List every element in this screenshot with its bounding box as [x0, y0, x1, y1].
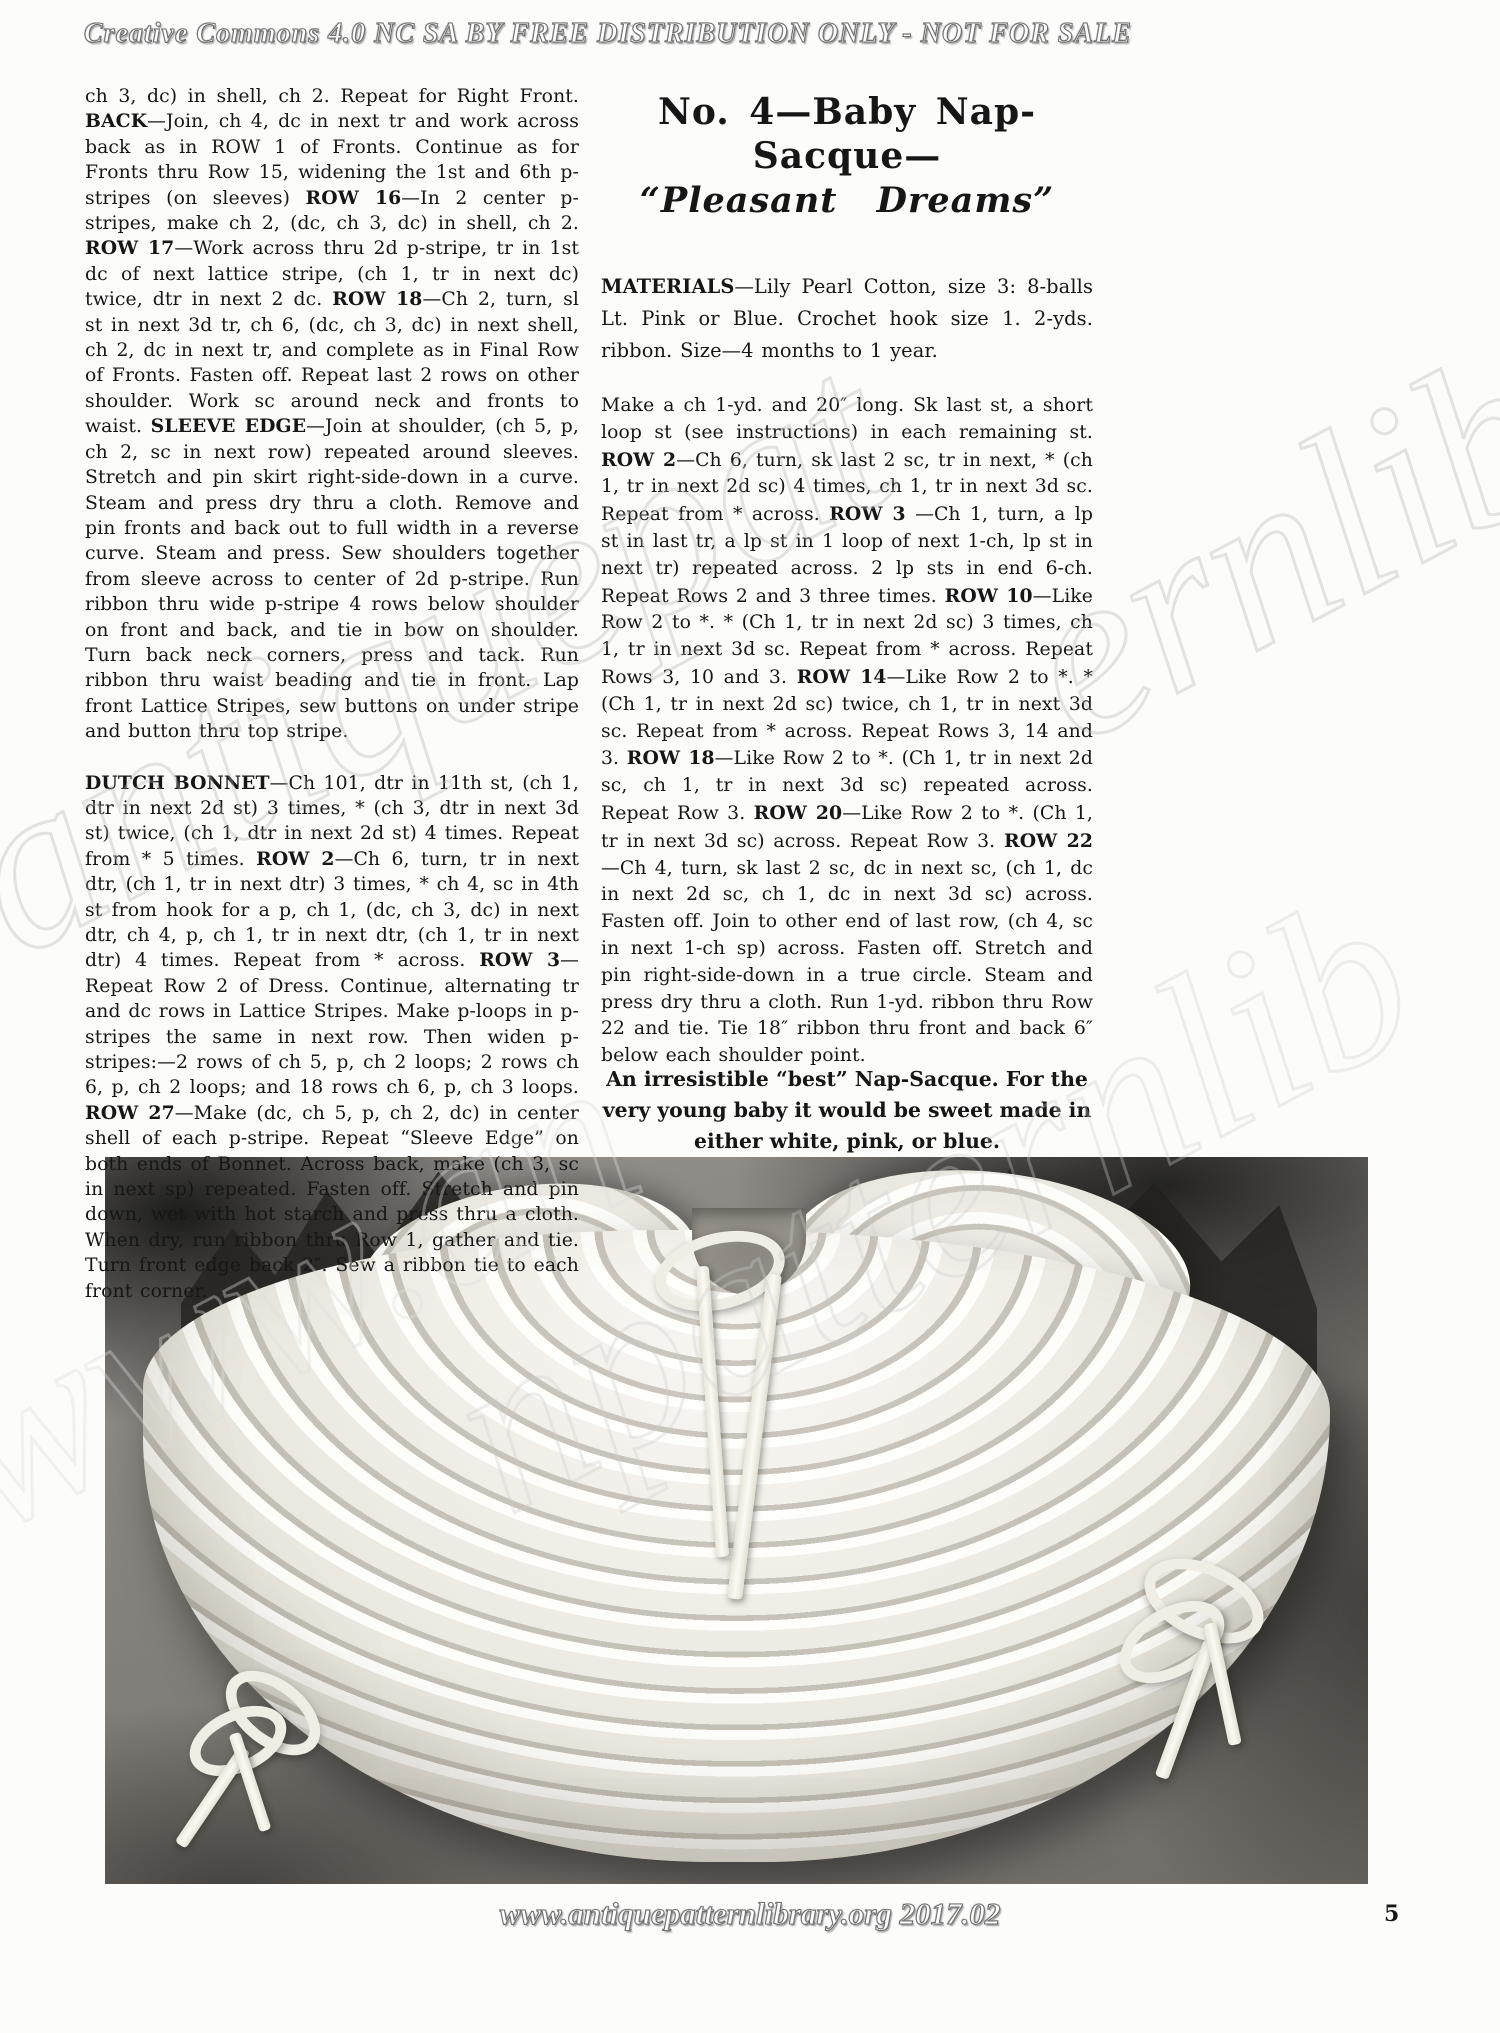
footer-url: www.antiquepatternlibrary.org 2017.02: [0, 1896, 1500, 1932]
pattern-subtitle: “Pleasant Dreams”: [601, 180, 1093, 221]
paragraph-dutch-bonnet: DUTCH BONNET—Ch 101, dtr in 11th st, (ch…: [85, 771, 579, 1305]
license-notice: Creative Commons 4.0 NC SA BY FREE DISTR…: [84, 18, 1132, 50]
pattern-title: No. 4—Baby Nap-Sacque—: [601, 90, 1093, 178]
left-column: ch 3, dc) in shell, ch 2. Repeat for Rig…: [85, 84, 579, 1304]
instructions-paragraph: Make a ch 1-yd. and 20″ long. Sk last st…: [601, 393, 1093, 1070]
photo-caption: An irresistible “best” Nap-Sacque. For t…: [601, 1064, 1093, 1157]
materials-paragraph: MATERIALS—Lily Pearl Cotton, size 3: 8-b…: [601, 271, 1093, 367]
scanned-pattern-page: Creative Commons 4.0 NC SA BY FREE DISTR…: [0, 0, 1500, 2033]
page-number: 5: [1384, 1901, 1399, 1927]
right-column: No. 4—Baby Nap-Sacque— “Pleasant Dreams”…: [601, 84, 1093, 1070]
paragraph-back-instructions: ch 3, dc) in shell, ch 2. Repeat for Rig…: [85, 84, 579, 745]
